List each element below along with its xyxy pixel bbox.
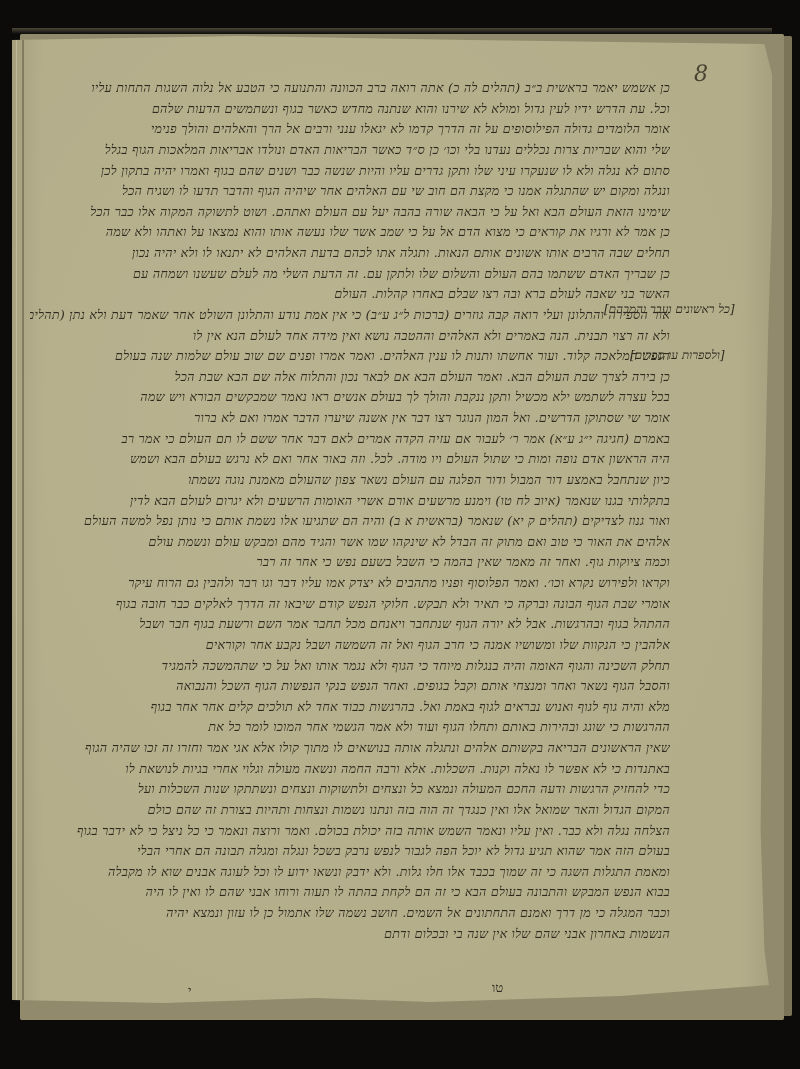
manuscript-line: והסבל הגוף נשאר ואחר ומנצחי אותם וקבל בג… [30, 676, 670, 697]
manuscript-line: אומר שי שסתוקן הדרשים. ואל המון הנוגר רצ… [30, 408, 670, 429]
manuscript-text-block: כן אשמש יאמר בראשית ב״ב (תהלים לה כ) אתה… [30, 78, 670, 965]
manuscript-line: ולא זה רצוי תבנית. הנה באמרים ולא האלהים… [30, 326, 670, 347]
manuscript-line: ואור גנוז לצדיקים (תהלים ק יא) שנאמר (בר… [30, 511, 670, 532]
signature-mark-center: טו [492, 980, 503, 996]
manuscript-line: תחלק השכינה והגוף האומה והיה בנגלות מיוח… [30, 656, 670, 677]
page-top-edge [12, 28, 772, 34]
manuscript-line: בתקלותי בגנו שנאמר (איוב לח טו) וימנע מר… [30, 491, 670, 512]
folio-number: 8 [694, 62, 708, 87]
manuscript-line: באמרם (חגיגה י״ג ע״א) אמר ר׳ לעבור אם עז… [30, 429, 670, 450]
manuscript-line: בעולם הזה אמר שהוא תגיע גדול לא יוכל הפה… [30, 841, 670, 862]
manuscript-line: כיון שנתחבל באמצע דור המבול ודור הפלגה ע… [30, 470, 670, 491]
signature-mark-left: י [188, 983, 191, 999]
manuscript-line: כן שבריך האדם ששתמו בהם העולם והשלום שלו… [30, 264, 670, 285]
manuscript-line: הצלחה נגלה ולא כבר. ואין עליו ונאמר השמש… [30, 821, 670, 842]
manuscript-line: כן בירה לצרך שבת העולם הבא. ואמר העולם ה… [30, 367, 670, 388]
manuscript-line: אומר הלומדים גדולה הפילוסופים על זה הדרך… [30, 119, 670, 140]
manuscript-line: הנפש המלאכה קלוד. ועור אחשתו ותנות לו ענ… [30, 346, 670, 367]
manuscript-line: שלי והוא שבריות צרות נכללים נעדנו בלי וכ… [30, 140, 670, 161]
margin-note-lower: [ולספרות עו ספרים] [630, 348, 725, 363]
manuscript-line: שימינו הזאת העולם הבא ואל על כי הבאה שור… [30, 202, 670, 223]
manuscript-line: היה הראשון אדם נופה ומות כי שתול העולם ו… [30, 449, 670, 470]
manuscript-line: סתום לא נגלה ולא לו שנעקרו עיני שלו ותקן… [30, 161, 670, 182]
manuscript-line: בבוא הנפש המבקש והתבונה בעולם הבא כי זה … [30, 882, 670, 903]
manuscript-line: שאין הראשונים הבריאה בקשותם אלהים ונתגלה… [30, 738, 670, 759]
manuscript-line [30, 944, 670, 965]
manuscript-line: באתנדות כי לא אפשר לו נאלה וקנות. השכלות… [30, 759, 670, 780]
manuscript-line: כן אשמש יאמר בראשית ב״ב (תהלים לה כ) אתה… [30, 78, 670, 99]
binding-highlight [16, 40, 17, 1000]
manuscript-line: בכל עצרה לשתמש ילא מכשיל ותקן ננקבת והול… [30, 387, 670, 408]
manuscript-line: ההרגשות כי שוגג ובהירות באותם ותחלו הגוף… [30, 717, 670, 738]
manuscript-line: אור הספירה והתלונן ועלי רואה קבה גוזרים … [30, 305, 670, 326]
manuscript-line: כדי להחזיק הרגשות ודעה החכם המעולה ונמצא… [30, 779, 670, 800]
manuscript-line: כן אמר לא ורגיו את קוראים כי מצוא הדם אל… [30, 222, 670, 243]
manuscript-line: תחלים שבה הרבים אותו אשונים אותם הנאות. … [30, 243, 670, 264]
manuscript-line: וכמה ציוקות גוף. ואחר זה מאמר שאין בהמה … [30, 552, 670, 573]
manuscript-line: מלא והיה גוף לגוף ואנוש נבראים לגוף באמת… [30, 697, 670, 718]
manuscript-line: אלהבין כי הנקוות שלו ומשושיו אמנה כי חרב… [30, 635, 670, 656]
margin-note-upper: [כל ראשונים ועבר והמבהם] [604, 302, 735, 317]
manuscript-line: וכל. עת הדרש ידיו לעין גדול ומולא לא שיר… [30, 99, 670, 120]
manuscript-line: אומרי שבת הגוף הבונה וברקה כי תאיר ולא ת… [30, 594, 670, 615]
manuscript-line: ההתהל בגוף ובהרגשות. אבל לא יורה הגוף שנ… [30, 614, 670, 635]
manuscript-line: האשר בני שאבה לעולם ברא ובה רצו שבלם באח… [30, 284, 670, 305]
manuscript-line: ונגלה ומקום יש שהתגלה אמנו כי מקצת הם חו… [30, 181, 670, 202]
manuscript-line: המקום הגדול והאר שמואל אלו ואין כנגדך זה… [30, 800, 670, 821]
binding-line [22, 40, 24, 1000]
manuscript-line: אלהים את האור כי טוב ואם מתוק זה הבדל לא… [30, 532, 670, 553]
manuscript-line: ומאמת התגלות השגה כי זה שמוך בכבד אלו חל… [30, 862, 670, 883]
manuscript-line: וקראו ולפירוש נקרא וכו׳. ואמר הפלוסוף ופ… [30, 573, 670, 594]
manuscript-line: וכבר המגלה כי מן דרך ואמנם התחתונים אל ה… [30, 903, 670, 924]
manuscript-line: הנשמות באחרון אבני שהם שלו אין שנה בי וב… [30, 924, 670, 945]
